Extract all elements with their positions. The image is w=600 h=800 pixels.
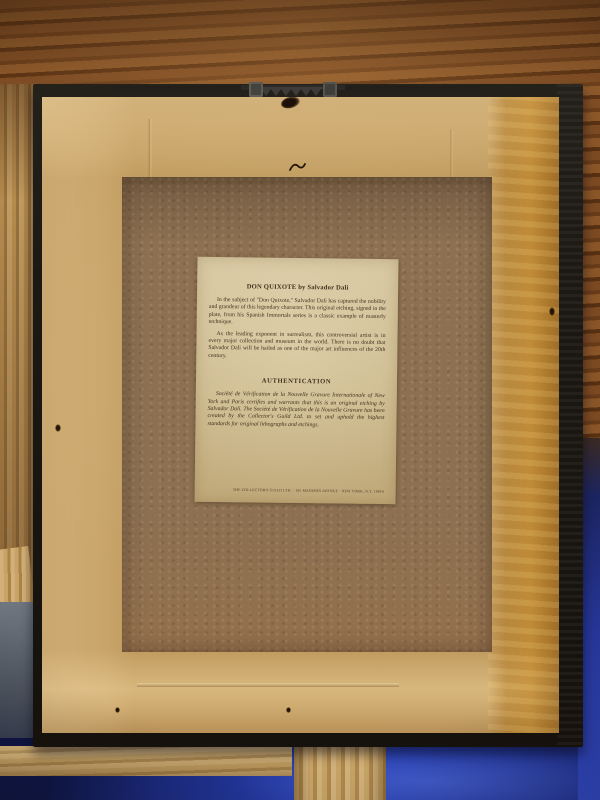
nail-hole — [115, 707, 120, 713]
nail-hole — [549, 307, 555, 316]
authentication-heading: AUTHENTICATION — [208, 377, 385, 386]
wood-ledge — [0, 746, 292, 776]
label-imprint: THE COLLECTOR'S GUILD LTD. · 185 MADISON… — [233, 488, 358, 493]
frame-edge-right — [557, 84, 583, 747]
kraft-paper-backing: DON QUIXOTE by Salvador Dali In the subj… — [42, 97, 559, 733]
wood-post — [294, 747, 386, 800]
label-paragraph-2: As the leading exponent in surrealism, t… — [208, 331, 385, 363]
tape-strip-left — [42, 97, 134, 733]
frame-back: DON QUIXOTE by Salvador Dali In the subj… — [33, 84, 583, 747]
label-title: DON QUIXOTE by Salvador Dali — [209, 283, 386, 292]
amber-tape-right — [488, 97, 559, 733]
paper-crease — [137, 683, 399, 687]
staple-wire-icon — [288, 160, 306, 173]
label-paragraph-1: In the subject of "Don Quixote," Salvado… — [209, 297, 386, 329]
tape-strip-bottom — [42, 649, 559, 733]
table-edge-left — [0, 84, 34, 614]
photo-frame-back-scene: DON QUIXOTE by Salvador Dali In the subj… — [0, 0, 600, 800]
authentication-text: Société de Vérification de la Nouvelle G… — [207, 391, 384, 430]
nail-hole — [286, 707, 291, 713]
nail-hole — [55, 424, 61, 432]
authentication-label: DON QUIXOTE by Salvador Dali In the subj… — [195, 257, 399, 504]
